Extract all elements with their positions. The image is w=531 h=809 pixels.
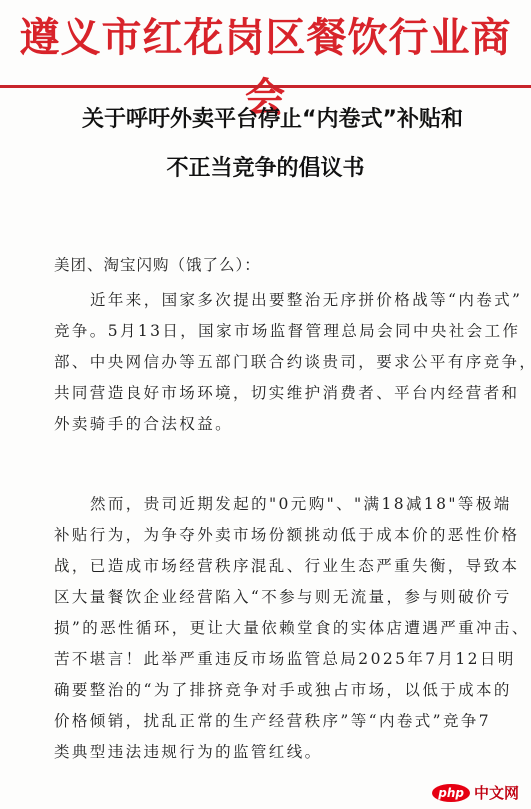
paragraph-line: 区大量餐饮企业经营陷入“不参与则无流量，参与则破价亏 bbox=[54, 582, 524, 613]
paragraph-line: 损”的恶性循环，更让大量依赖堂食的实体店遭遇严重冲击、 bbox=[54, 613, 524, 644]
paragraph-line: 近年来，国家多次提出要整治无序拼价格战等“内卷式” bbox=[54, 285, 524, 316]
paragraph-line: 战，已造成市场经营秩序混乱、行业生态严重失衡，导致本 bbox=[54, 551, 524, 582]
php-logo-icon: php bbox=[432, 784, 470, 802]
watermark-text: 中文网 bbox=[474, 782, 519, 803]
watermark: php 中文网 bbox=[432, 782, 519, 803]
paragraph-line: 部、中央网信办等五部门联合约谈贵司，要求公平有序竞争， bbox=[54, 347, 524, 378]
document-title-line-2: 不正当竞争的倡议书 bbox=[0, 154, 531, 184]
paragraph-line: 然而，贵司近期发起的"0元购"、"满18减18"等极端 bbox=[54, 489, 524, 520]
paragraph-2: 然而，贵司近期发起的"0元购"、"满18减18"等极端 补贴行为，为争夺外卖市场… bbox=[54, 489, 524, 768]
red-header-rule bbox=[0, 85, 531, 88]
paragraph-line: 竞争。5月13日，国家市场监督管理总局会同中央社会工作 bbox=[54, 316, 524, 347]
paragraph-line: 确要整治的“为了排挤竞争对手或独占市场，以低于成本的 bbox=[54, 675, 524, 706]
document-title-line-1: 关于呼吁外卖平台停止“内卷式”补贴和 bbox=[0, 105, 531, 135]
paragraph-1: 近年来，国家多次提出要整治无序拼价格战等“内卷式” 竞争。5月13日，国家市场监… bbox=[54, 285, 524, 440]
paragraph-line: 类典型违法违规行为的监管红线。 bbox=[54, 737, 524, 768]
paragraph-line: 外卖骑手的合法权益。 bbox=[54, 409, 524, 440]
paragraph-line: 价格倾销，扰乱正常的生产经营秩序”等“内卷式”竞争7 bbox=[54, 706, 524, 737]
document-page: 遵义市红花岗区餐饮行业商会 关于呼吁外卖平台停止“内卷式”补贴和 不正当竞争的倡… bbox=[0, 0, 531, 809]
salutation: 美团、淘宝闪购（饿了么）： bbox=[54, 250, 524, 281]
paragraph-line: 共同营造良好市场环境，切实维护消费者、平台内经营者和 bbox=[54, 378, 524, 409]
paragraph-line: 补贴行为，为争夺外卖市场份额挑动低于成本价的恶性价格 bbox=[54, 520, 524, 551]
paragraph-line: 苦不堪言！此举严重违反市场监管总局2025年7月12日明 bbox=[54, 644, 524, 675]
